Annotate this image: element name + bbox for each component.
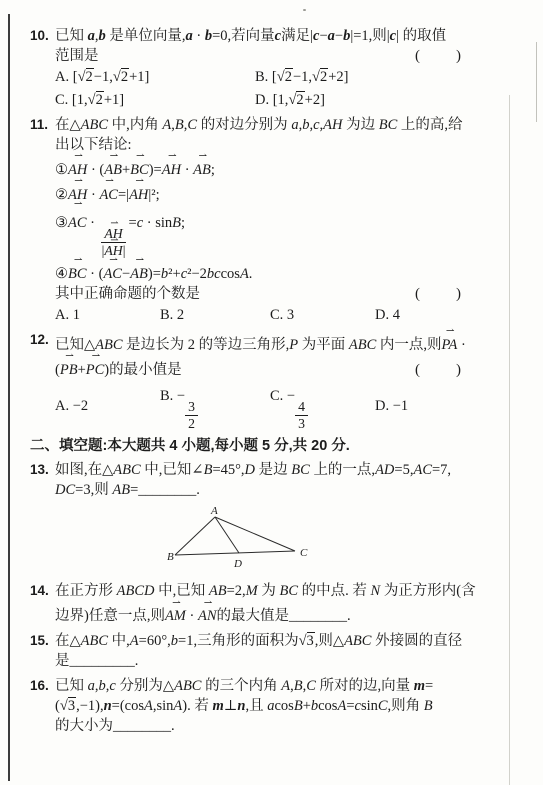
answer-blank-parens: ( ) — [415, 360, 463, 380]
question-line-text: 范围是 — [55, 48, 99, 64]
section-2-header: 二、填空题:本大题共 4 小题,每小题 5 分,共 20 分. — [30, 436, 512, 457]
math-var: b — [171, 633, 178, 649]
text-run: ,则角 — [388, 698, 424, 714]
math-var: A — [337, 698, 346, 714]
math-var: ABC — [174, 678, 201, 694]
math-var: ABC — [344, 633, 371, 649]
sqrt-term: √3 — [299, 632, 315, 649]
text-run: A. [ — [55, 69, 78, 85]
text-run: ²+ — [168, 266, 181, 282]
text-run: 是_________. — [55, 653, 138, 669]
math-bold-var: b — [205, 28, 212, 44]
question-line: (√3,−1),n=(cosA,sinA). 若 m⊥n,且 acosB+bco… — [55, 696, 512, 716]
text-run: 为 — [258, 583, 280, 599]
text-run: C. − — [270, 388, 295, 404]
text-run: = — [425, 678, 433, 694]
math-bold-var: a — [88, 28, 95, 44]
math-var: C — [378, 698, 388, 714]
question-15: 15. 在△ABC 中,A=60°,b=1,三角形的面积为√3,则△ABC 外接… — [30, 631, 512, 671]
sqrt-term: √2 — [113, 68, 129, 85]
text-run: =45°, — [212, 462, 244, 478]
options-row: A. 1 B. 2 C. 3 D. 4 — [55, 304, 512, 327]
question-16: 16. 已知 a,b,c 分别为△ABC 的三个内角 A,B,C 所对的边,向量… — [30, 676, 512, 736]
text-run: =3,则 — [75, 482, 112, 498]
text-run: A. 1 — [55, 307, 80, 323]
math-bold-var: a — [186, 28, 193, 44]
text-run: 是边 — [255, 462, 291, 478]
math-fraction: 32 — [185, 399, 198, 432]
text-run: 已知 — [55, 28, 88, 44]
text-run: cos — [318, 698, 337, 714]
math-var: ABCD — [117, 583, 155, 599]
text-run: ; — [211, 162, 215, 178]
text-run: = — [346, 698, 354, 714]
text-run: · — [87, 215, 99, 231]
vertex-label-B: B — [167, 551, 174, 563]
text-run: =2, — [227, 583, 246, 599]
math-var: N — [371, 583, 381, 599]
radicand: 2 — [121, 68, 129, 85]
text-run: ,且 — [245, 698, 267, 714]
text-run: +2] — [328, 69, 348, 85]
math-var: BC — [279, 583, 298, 599]
text-run: · — [186, 608, 198, 624]
math-var: B — [294, 698, 303, 714]
text-run: 中,已知∠ — [141, 462, 204, 478]
text-run: 内一点,则 — [376, 337, 441, 353]
text-run: C. 3 — [270, 307, 294, 323]
radicand: 2 — [96, 91, 104, 108]
text-run: cos — [221, 266, 240, 282]
math-var: bc — [207, 266, 221, 282]
radical-sign: √ — [60, 698, 68, 714]
edge-AC — [215, 517, 295, 551]
question-line: 已知 a,b,c 分别为△ABC 的三个内角 A,B,C 所对的边,向量 m= — [55, 676, 512, 696]
question-line: 的大小为________. — [55, 716, 512, 736]
text-run: 分别为△ — [116, 678, 174, 694]
math-var: a — [88, 678, 95, 694]
text-run: . — [249, 266, 253, 282]
radical-sign: √ — [113, 69, 121, 85]
text-run: =________. — [130, 482, 200, 498]
math-var: B — [175, 117, 184, 133]
question-line: 在△ABC 中,内角 A,B,C 的对边分别为 a,b,c,AH 为边 BC 上… — [55, 115, 512, 135]
question-line: 出以下结论: — [55, 135, 512, 155]
radicand: 3 — [307, 632, 315, 649]
vertex-label-D: D — [233, 558, 242, 570]
sqrt-term: √3 — [60, 697, 76, 714]
vector-term: AH — [129, 185, 148, 205]
options-row: A. [√2−1,√2+1] B. [√2−1,√2+2] C. [1,√2+1… — [55, 66, 512, 112]
text-run: )= — [149, 162, 162, 178]
question-12: 12. 已知△ABC 是边长为 2 的等边三角形,P 为平面 ABC 内一点,则… — [30, 330, 512, 432]
question-14: 14. 在正方形 ABCD 中,已知 AB=2,M 为 BC 的中点. 若 N … — [30, 581, 512, 626]
text-run: 为边 — [342, 117, 378, 133]
vector-term: AC — [68, 208, 87, 238]
text-run: |=1,则| — [350, 28, 389, 44]
question-line: 在△ABC 中,A=60°,b=1,三角形的面积为√3,则△ABC 外接圆的直径 — [55, 631, 512, 651]
text-run: · ( — [87, 162, 104, 178]
text-run: ① — [55, 162, 68, 178]
question-line: DC=3,则 AB=________. — [55, 480, 512, 500]
math-var: ABC — [81, 117, 108, 133]
text-run: ,sin — [153, 698, 174, 714]
sqrt-term: √2 — [88, 91, 104, 108]
question-line-text: (PB+PC)的最小值是 — [55, 362, 182, 378]
text-run: =5, — [394, 462, 413, 478]
statement-1: ①AH · (AB+BC)=AH · AB; — [55, 155, 512, 180]
vector-term: AM — [165, 606, 186, 626]
vector-term: PA — [442, 335, 458, 355]
text-run: =(cos — [112, 698, 144, 714]
question-number: 16. — [30, 676, 55, 736]
math-fraction: AH|AH| — [99, 226, 129, 259]
text-run: C. [1, — [55, 92, 88, 108]
answer-blank-parens: ( ) — [415, 46, 463, 66]
question-line: 边界)任意一点,则AM · AN的最大值是________. — [55, 601, 512, 626]
text-run: · ( — [87, 266, 104, 282]
sqrt-term: √2 — [312, 68, 328, 85]
question-number: 13. — [30, 460, 55, 578]
text-run: D. [1, — [255, 92, 288, 108]
math-var: AC — [413, 462, 432, 478]
question-10: 10. 已知 a,b 是单位向量,a · b=0,若向量c满足|c−a−b|=1… — [30, 26, 512, 112]
text-run: + — [303, 698, 311, 714]
text-run: − — [335, 28, 343, 44]
scan-left-border — [8, 14, 10, 781]
text-run: 的最大值是________. — [217, 608, 351, 624]
scan-speck — [303, 9, 306, 11]
math-var: BC — [379, 117, 398, 133]
text-run: · sin — [143, 215, 172, 231]
vector-term: BC — [68, 264, 87, 284]
math-var: A — [162, 117, 171, 133]
text-run: 的对边分别为 — [197, 117, 291, 133]
text-run: − — [122, 266, 130, 282]
text-run: ② — [55, 187, 68, 203]
text-run: 中,已知 — [154, 583, 208, 599]
vector-term: AC — [103, 264, 122, 284]
radical-sign: √ — [312, 69, 320, 85]
question-line: 如图,在△ABC 中,已知∠B=45°,D 是边 BC 上的一点,AD=5,AC… — [55, 460, 512, 480]
question-number: 10. — [30, 26, 55, 112]
text-run: · — [87, 187, 99, 203]
radicand: 2 — [86, 68, 94, 85]
text-run: B. [ — [255, 69, 277, 85]
math-var: A — [144, 698, 153, 714]
edge-AB — [175, 517, 215, 555]
math-var: ABC — [113, 462, 140, 478]
math-var: a — [291, 117, 298, 133]
fraction-numerator: 4 — [295, 399, 308, 416]
option-B: B. −32 — [160, 380, 270, 432]
text-run: · — [181, 162, 193, 178]
text-run: D. 4 — [375, 307, 400, 323]
text-run: 在△ — [55, 117, 81, 133]
math-bold-var: b — [99, 28, 106, 44]
text-run: 范围是 — [55, 48, 99, 64]
text-run: 满足| — [281, 28, 313, 44]
text-run: =| — [118, 187, 129, 203]
text-run: | — [123, 243, 126, 258]
text-run: 已知△ — [55, 337, 95, 353]
text-run: −1, — [293, 69, 312, 85]
text-run: A. −2 — [55, 398, 88, 414]
radical-sign: √ — [78, 69, 86, 85]
math-var: P — [289, 337, 298, 353]
answer-blank-parens: ( ) — [415, 284, 463, 304]
question-number: 12. — [30, 330, 55, 432]
math-var: A — [130, 633, 139, 649]
math-var: AD — [375, 462, 394, 478]
text-run: 外接圆的直径 — [371, 633, 462, 649]
text-run: 其中正确命题的个数是 — [55, 286, 200, 302]
math-var: A — [281, 678, 290, 694]
math-var: ABC — [81, 633, 108, 649]
math-var: ABC — [349, 337, 376, 353]
text-run: 是单位向量, — [106, 28, 186, 44]
question-number: 15. — [30, 631, 55, 671]
text-run: ③ — [55, 215, 68, 231]
text-run: 3 — [298, 416, 305, 431]
edge-BC — [175, 551, 295, 555]
text-run: 2 — [188, 416, 195, 431]
option-B: B. 2 — [160, 304, 270, 327]
text-run: 的三个内角 — [201, 678, 281, 694]
scan-right-tick — [536, 42, 537, 122]
page-content: 10. 已知 a,b 是单位向量,a · b=0,若向量c满足|c−a−b|=1… — [30, 26, 512, 739]
option-A: A. −2 — [55, 390, 160, 422]
text-run: 中, — [108, 633, 130, 649]
option-D: D. −1 — [375, 390, 512, 422]
text-run: ). 若 — [182, 698, 212, 714]
option-A: A. [√2−1,√2+1] — [55, 66, 255, 89]
scanned-exam-page: 10. 已知 a,b 是单位向量,a · b=0,若向量c满足|c−a−b|=1… — [0, 0, 543, 785]
text-run: 的中点. 若 — [298, 583, 371, 599]
triangle-svg: A B C D — [167, 505, 317, 571]
question-line: 在正方形 ABCD 中,已知 AB=2,M 为 BC 的中点. 若 N 为正方形… — [55, 581, 512, 601]
text-run: =0,若向量 — [212, 28, 275, 44]
math-var: D — [245, 462, 255, 478]
text-run: |²; — [148, 187, 159, 203]
text-run: 在正方形 — [55, 583, 117, 599]
vector-term: AC — [99, 185, 118, 205]
question-line: 其中正确命题的个数是 ( ) — [55, 284, 512, 304]
vector-term: AB — [130, 264, 148, 284]
statement-2: ②AH · AC=|AH|²; — [55, 180, 512, 205]
sqrt-term: √2 — [277, 68, 293, 85]
text-run: ④ — [55, 266, 68, 282]
text-run: | 的取值 — [396, 28, 446, 44]
text-run: 为平面 — [298, 337, 349, 353]
math-var: BC — [291, 462, 310, 478]
vector-term: PC — [86, 360, 105, 380]
text-run: =7, — [432, 462, 451, 478]
radical-sign: √ — [277, 69, 285, 85]
math-var: C — [187, 117, 197, 133]
options-row: A. −2 B. −32 C. −43 D. −1 — [55, 380, 512, 432]
math-var: A — [173, 698, 182, 714]
text-run: 出以下结论: — [55, 137, 132, 153]
option-B: B. [√2−1,√2+2] — [255, 66, 512, 89]
text-run: − — [319, 28, 327, 44]
question-line: 已知△ABC 是边长为 2 的等边三角形,P 为平面 ABC 内一点,则PA · — [55, 330, 512, 355]
text-run: + — [78, 362, 86, 378]
math-var: B — [294, 678, 303, 694]
question-line-text: 其中正确命题的个数是 — [55, 286, 200, 302]
text-run: −1, — [94, 69, 113, 85]
option-D: D. 4 — [375, 304, 512, 327]
math-var: C — [306, 678, 316, 694]
text-run: · — [457, 337, 465, 353]
text-run: =1,三角形的面积为 — [178, 633, 299, 649]
text-run: 中,内角 — [108, 117, 162, 133]
math-var: AH — [323, 117, 342, 133]
vector-term: PB — [60, 360, 78, 380]
question-line: 是_________. — [55, 651, 512, 671]
text-run: +1] — [104, 92, 124, 108]
fraction-denominator: 3 — [295, 416, 308, 432]
text-run: ²−2 — [187, 266, 207, 282]
option-C: C. 3 — [270, 304, 375, 327]
text-run: · — [193, 28, 205, 44]
sqrt-term: √2 — [288, 91, 304, 108]
fraction-numerator: 3 — [185, 399, 198, 416]
radicand: 2 — [285, 68, 293, 85]
text-run: B. − — [160, 388, 185, 404]
text-run: 如图,在△ — [55, 462, 113, 478]
text-run: B. 2 — [160, 307, 184, 323]
option-C: C. [1,√2+1] — [55, 89, 255, 112]
text-run: 的大小为________. — [55, 718, 175, 734]
text-run: 为正方形内(含 — [380, 583, 475, 599]
question-number: 14. — [30, 581, 55, 626]
text-run: +2] — [305, 92, 325, 108]
vector-term: AN — [198, 606, 217, 626]
radical-sign: √ — [88, 92, 96, 108]
triangle-figure: A B C D — [167, 505, 512, 576]
math-fraction: 43 — [295, 399, 308, 432]
text-run: 4 — [298, 399, 305, 414]
radicand: 2 — [296, 91, 304, 108]
vertex-label-A: A — [210, 505, 218, 517]
text-run: 所对的边,向量 — [316, 678, 414, 694]
text-run: D. −1 — [375, 398, 408, 414]
text-run: 在△ — [55, 633, 81, 649]
radical-sign: √ — [299, 633, 307, 649]
text-run: )= — [148, 266, 161, 282]
text-run: 是边长为 2 的等边三角形, — [123, 337, 290, 353]
text-run: ; — [181, 215, 185, 231]
option-D: D. [1,√2+2] — [255, 89, 512, 112]
fraction-denominator: 2 — [185, 416, 198, 432]
text-run: ,−1), — [76, 698, 104, 714]
vector-term: AH — [162, 160, 181, 180]
text-run: ⊥ — [224, 698, 238, 714]
text-run: = — [129, 215, 137, 231]
math-bold-var: m — [212, 698, 223, 714]
text-run: 上的高,给 — [397, 117, 462, 133]
question-number: 11. — [30, 115, 55, 327]
math-var: DC — [55, 482, 75, 498]
question-11: 11. 在△ABC 中,内角 A,B,C 的对边分别为 a,b,c,AH 为边 … — [30, 115, 512, 327]
text-run: sin — [361, 698, 378, 714]
math-bold-var: a — [328, 28, 335, 44]
statement-4: ④BC · (AC−AB)=b²+c²−2bccosA. — [55, 259, 512, 284]
question-line: 已知 a,b 是单位向量,a · b=0,若向量c满足|c−a−b|=1,则|c… — [55, 26, 512, 46]
sqrt-term: √2 — [78, 68, 94, 85]
question-line: (PB+PC)的最小值是 ( ) — [55, 355, 512, 380]
question-13: 13. 如图,在△ABC 中,已知∠B=45°,D 是边 BC 上的一点,AD=… — [30, 460, 512, 578]
vector-term: AB — [193, 160, 211, 180]
math-var: AB — [112, 482, 130, 498]
question-line: 范围是 ( ) — [55, 46, 512, 66]
option-A: A. 1 — [55, 304, 160, 327]
text-run: 边界)任意一点,则 — [55, 608, 165, 624]
text-run: 已知 — [55, 678, 88, 694]
statement-3: ③AC · AH|AH|=c · sinB; — [55, 205, 512, 259]
math-bold-var: m — [414, 678, 425, 694]
math-var: B — [172, 215, 181, 231]
option-C: C. −43 — [270, 380, 375, 432]
text-run: =60°, — [139, 633, 171, 649]
text-run: +1] — [129, 69, 149, 85]
text-run: 上的一点, — [310, 462, 375, 478]
text-run: ,则△ — [315, 633, 344, 649]
radicand: 3 — [68, 697, 76, 714]
text-run: cos — [274, 698, 293, 714]
math-bold-var: n — [104, 698, 112, 714]
vertex-label-C: C — [300, 547, 308, 559]
text-run: )的最小值是 — [104, 362, 181, 378]
math-var: A — [240, 266, 249, 282]
math-var: M — [246, 583, 258, 599]
math-var: b — [99, 678, 106, 694]
text-run: + — [122, 162, 130, 178]
math-var: B — [424, 698, 433, 714]
radicand: 2 — [320, 68, 328, 85]
text-run: 3 — [188, 399, 195, 414]
